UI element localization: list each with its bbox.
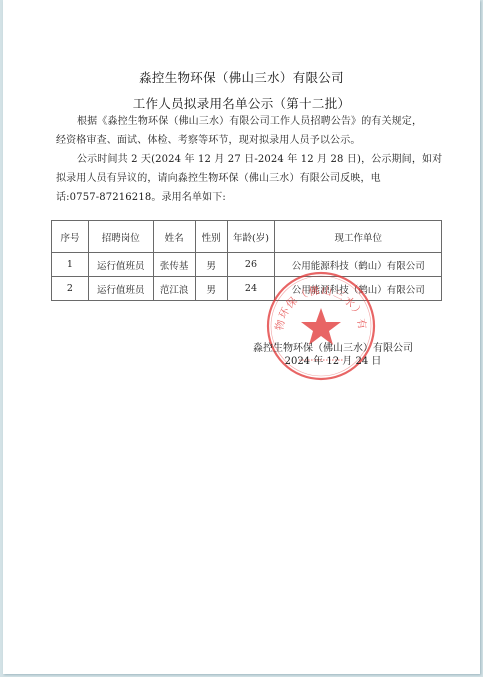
notice-line-3: 话:0757-87216218。录用名单如下: xyxy=(56,188,442,207)
signature-date: 2024 年 12 月 24 日 xyxy=(243,352,423,367)
cell-position: 运行值班员 xyxy=(88,277,153,301)
header-current-employer: 现工作单位 xyxy=(275,221,442,253)
table-row: 1 运行值班员 张传基 男 26 公用能源科技（鹤山）有限公司 xyxy=(52,253,442,277)
cell-seq: 2 xyxy=(52,277,89,301)
header-gender: 性别 xyxy=(195,221,227,253)
intro-line-1: 根据《淼控生物环保（佛山三水）有限公司工作人员招聘公告》的有关规定， xyxy=(56,112,442,131)
cell-name: 张传基 xyxy=(153,253,195,277)
header-age: 年龄(岁) xyxy=(227,221,275,253)
header-seq: 序号 xyxy=(52,221,89,253)
cell-gender: 男 xyxy=(195,277,227,301)
company-title: 淼控生物环保（佛山三水）有限公司 xyxy=(3,68,480,86)
hire-roster-table: 序号 招聘岗位 姓名 性别 年龄(岁) 现工作单位 1 运行值班员 张传基 男 … xyxy=(51,220,442,301)
document-page: 淼控生物环保（佛山三水）有限公司 工作人员拟录用名单公示（第十二批） 根据《淼控… xyxy=(3,0,480,674)
table-row: 2 运行值班员 范江浪 男 24 公用能源科技（鹤山）有限公司 xyxy=(52,277,442,301)
cell-name: 范江浪 xyxy=(153,277,195,301)
notice-line-1: 公示时间共 2 天(2024 年 12 月 27 日-2024 年 12 月 2… xyxy=(56,150,442,169)
header-position: 招聘岗位 xyxy=(88,221,153,253)
intro-paragraph: 根据《淼控生物环保（佛山三水）有限公司工作人员招聘公告》的有关规定， 经资格审查… xyxy=(56,112,442,150)
document-title: 工作人员拟录用名单公示（第十二批） xyxy=(3,94,480,112)
intro-line-2: 经资格审查、面试、体检、考察等环节，现对拟录用人员予以公示。 xyxy=(56,131,442,150)
notice-paragraph: 公示时间共 2 天(2024 年 12 月 27 日-2024 年 12 月 2… xyxy=(56,150,442,207)
cell-seq: 1 xyxy=(52,253,89,277)
notice-line-2: 拟录用人员有异议的，请向淼控生物环保（佛山三水）有限公司反映，电 xyxy=(56,169,442,188)
cell-gender: 男 xyxy=(195,253,227,277)
table-header-row: 序号 招聘岗位 姓名 性别 年龄(岁) 现工作单位 xyxy=(52,221,442,253)
cell-position: 运行值班员 xyxy=(88,253,153,277)
header-name: 姓名 xyxy=(153,221,195,253)
